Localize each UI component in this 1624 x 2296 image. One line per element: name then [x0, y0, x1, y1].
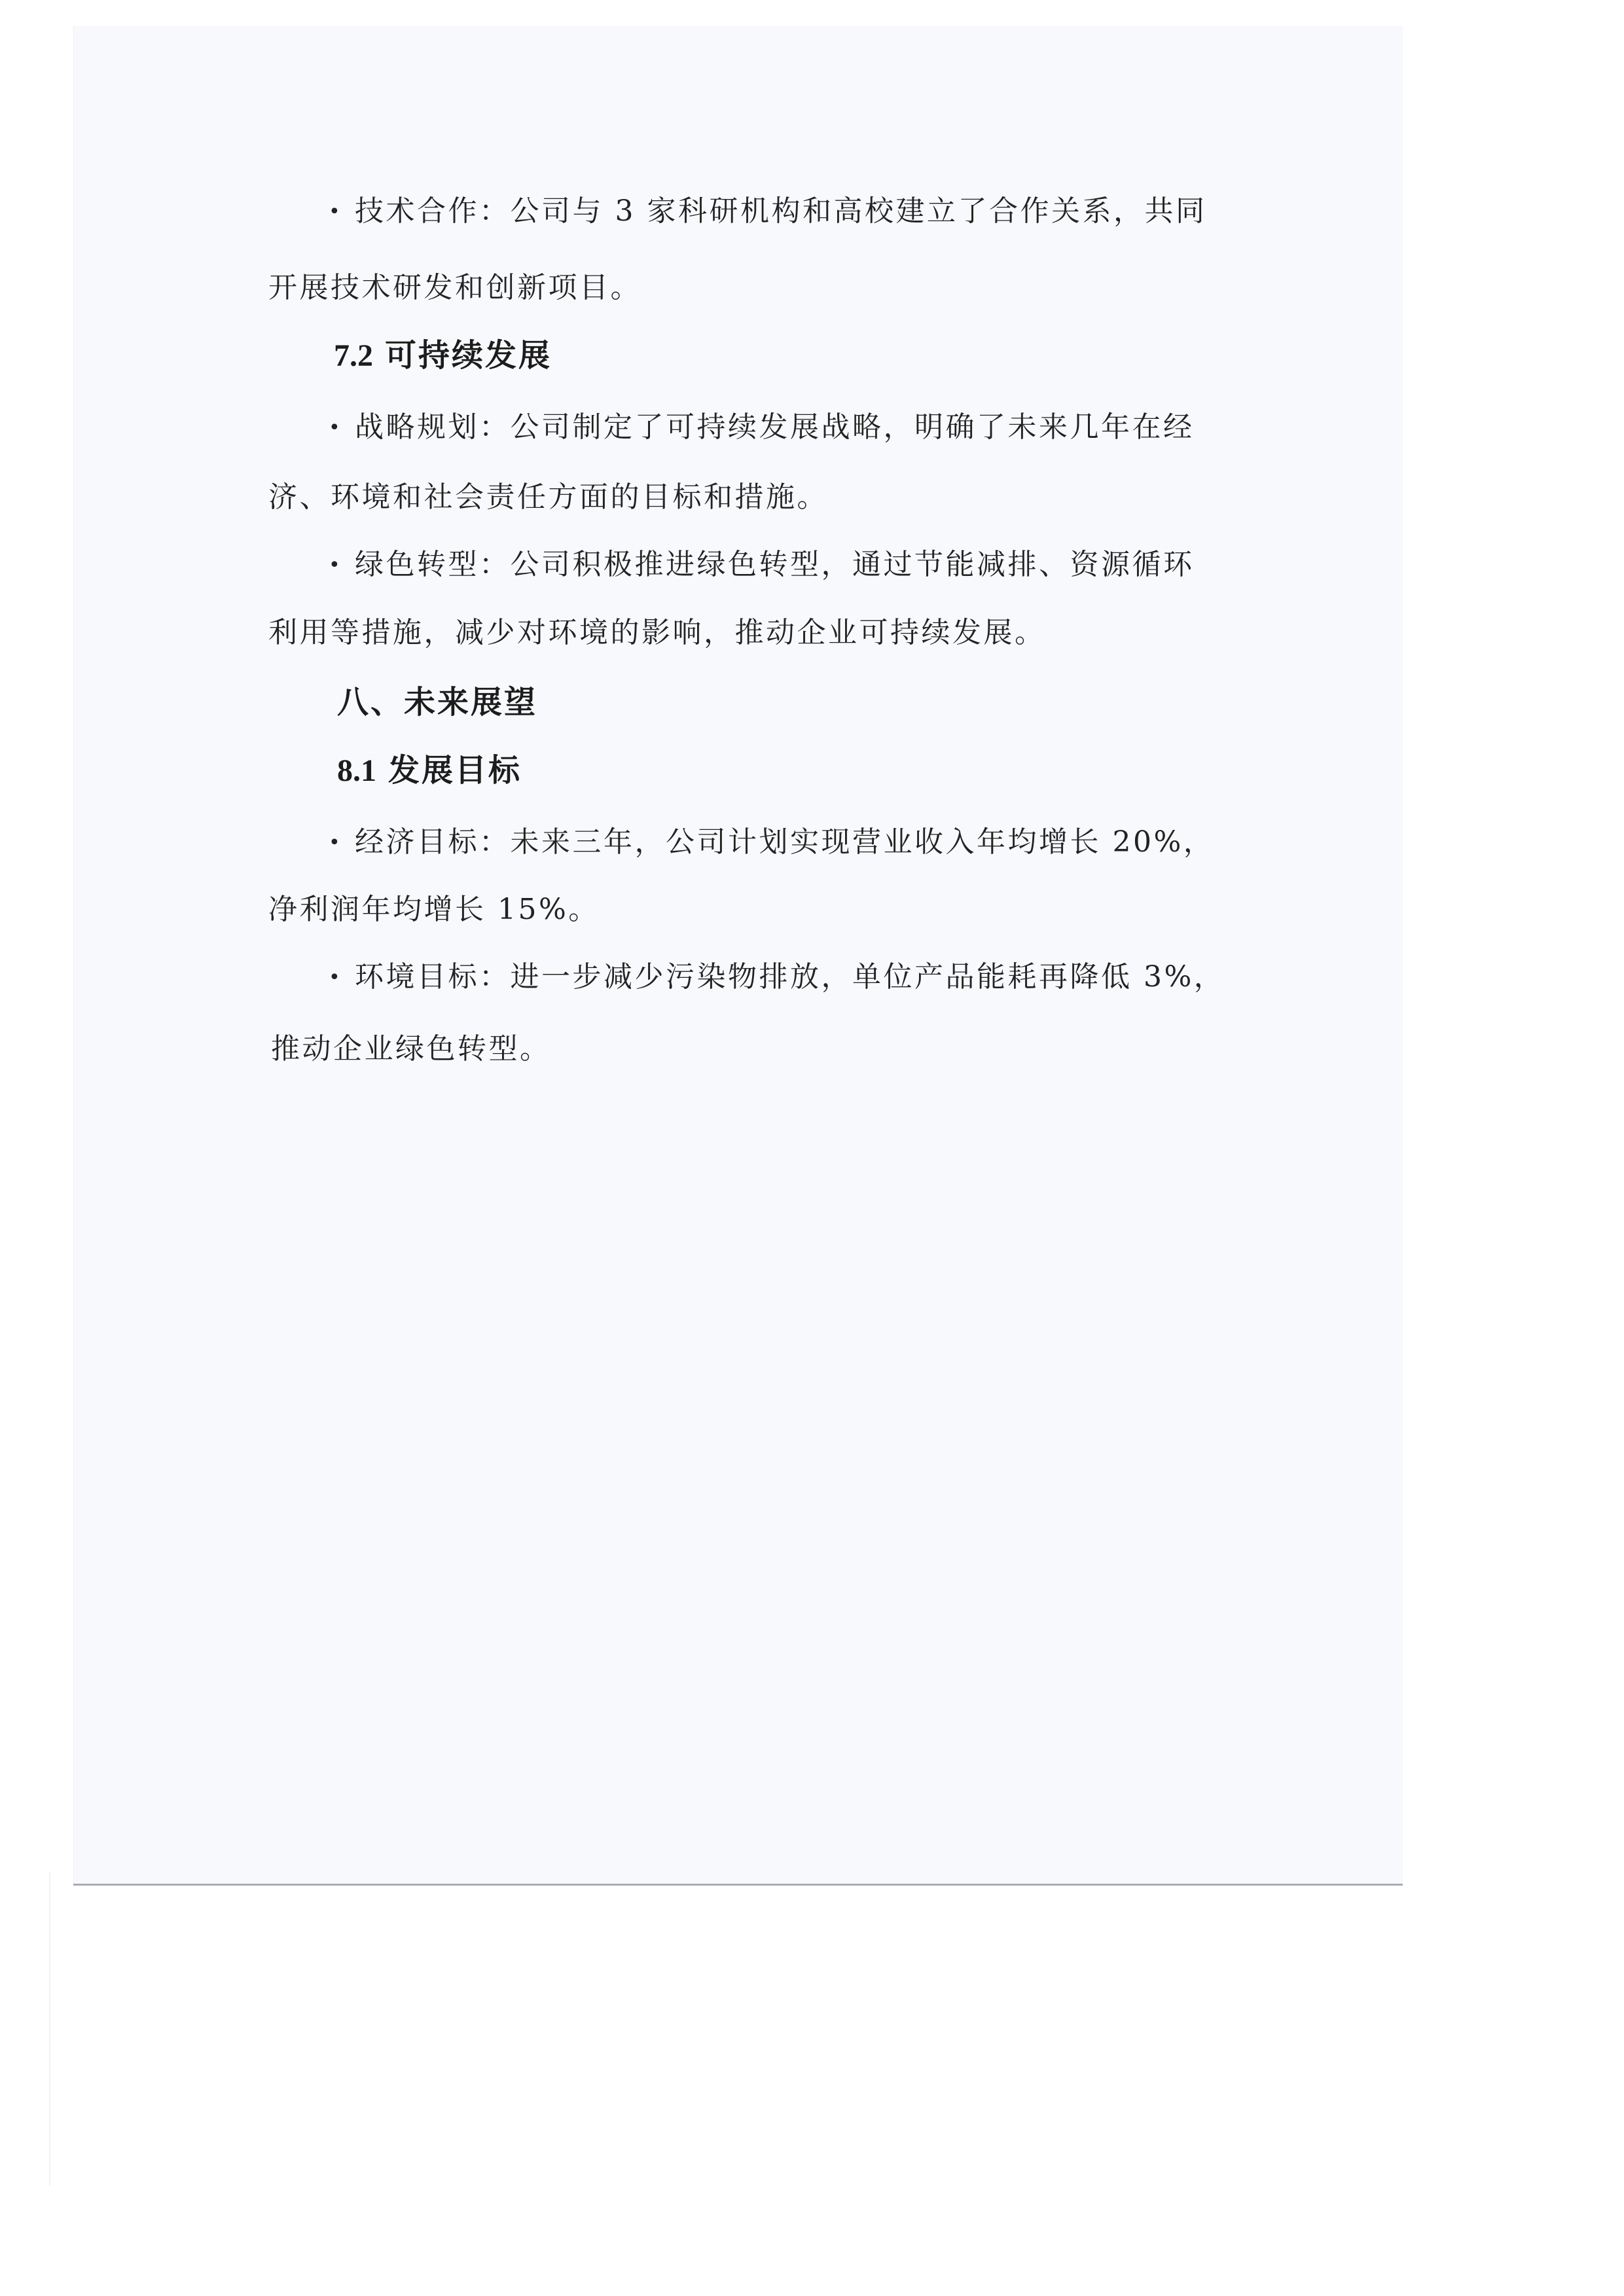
paragraph-continuation: 净利润年均增长 15%。: [268, 893, 600, 926]
paragraph-line: 利用等措施，减少对环境的影响，推动企业可持续发展。: [268, 613, 1046, 653]
paragraph-line: 开展技术研发和创新项目。: [268, 268, 641, 308]
section-title: 发展目标: [388, 752, 522, 789]
section-title: 可持续发展: [385, 337, 552, 374]
document-page: •技术合作：公司与 3 家科研机构和高校建立了合作关系，共同 开展技术研发和创新…: [73, 26, 1403, 1886]
bullet-icon: •: [329, 408, 355, 448]
section-number: 8.1: [337, 753, 376, 788]
bullet-text: 环境目标：进一步减少污染物排放，单位产品能耗再降低 3%，: [355, 960, 1225, 994]
paragraph-line: •战略规划：公司制定了可持续发展战略，明确了未来几年在经: [329, 408, 1195, 448]
bullet-text: 绿色转型：公司积极推进绿色转型，通过节能减排、资源循环: [355, 548, 1195, 581]
scan-artifact-line: [49, 1872, 50, 2186]
paragraph-line: •环境目标：进一步减少污染物排放，单位产品能耗再降低 3%，: [329, 958, 1225, 997]
section-heading: 7.2可持续发展: [334, 336, 552, 376]
chapter-title: 八、未来展望: [337, 684, 537, 721]
paragraph-line: 济、环境和社会责任方面的目标和措施。: [268, 478, 828, 517]
paragraph-continuation: 推动企业绿色转型。: [271, 1032, 551, 1066]
bullet-icon: •: [329, 192, 355, 232]
paragraph-continuation: 开展技术研发和创新项目。: [268, 271, 641, 304]
bullet-icon: •: [329, 958, 355, 997]
paragraph-continuation: 利用等措施，减少对环境的影响，推动企业可持续发展。: [268, 616, 1046, 649]
paragraph-line: •经济目标：未来三年，公司计划实现营业收入年均增长 20%，: [329, 823, 1214, 863]
bullet-icon: •: [329, 823, 355, 863]
paragraph-line: 推动企业绿色转型。: [271, 1030, 551, 1069]
paragraph-line: •技术合作：公司与 3 家科研机构和高校建立了合作关系，共同: [329, 192, 1206, 232]
section-heading: 8.1发展目标: [337, 751, 522, 791]
paragraph-line: 净利润年均增长 15%。: [268, 890, 600, 929]
bullet-text: 战略规划：公司制定了可持续发展战略，明确了未来几年在经: [355, 410, 1195, 444]
bullet-text: 技术合作：公司与 3 家科研机构和高校建立了合作关系，共同: [355, 194, 1206, 228]
section-number: 7.2: [334, 338, 373, 373]
bullet-icon: •: [329, 546, 355, 585]
paragraph-line: •绿色转型：公司积极推进绿色转型，通过节能减排、资源循环: [329, 545, 1195, 585]
chapter-heading: 八、未来展望: [337, 683, 537, 722]
bullet-text: 经济目标：未来三年，公司计划实现营业收入年均增长 20%，: [355, 825, 1214, 859]
paragraph-continuation: 济、环境和社会责任方面的目标和措施。: [268, 480, 828, 514]
